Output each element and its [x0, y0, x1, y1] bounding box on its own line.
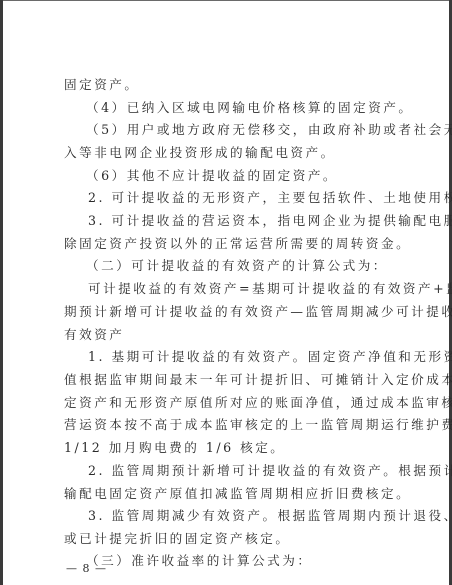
text-line: （4）已纳入区域电网输电价格核算的固定资产。: [86, 100, 413, 116]
text-line: 1/12 加月购电费的 1/6 核定。: [64, 440, 285, 456]
text-line: （6）其他不应计提收益的固定资产。: [86, 168, 338, 184]
text-line: 定资产和无形资产原值所对应的账面净值，通过成本监审核定；: [64, 395, 452, 411]
formula-line: 可计提收益的有效资产=基期可计提收益的有效资产+监管周: [88, 281, 452, 297]
text-line: 固定资产。: [64, 77, 139, 93]
text-line: 或已计提完折旧的固定资产核定。: [64, 531, 290, 547]
text-line: 2. 监管周期预计新增可计提收益的有效资产。根据预计新增: [88, 463, 452, 479]
text-line: 值根据监审期间最末一年可计提折旧、可摊销计入定价成本的固: [64, 372, 452, 388]
text-line: 入等非电网企业投资形成的输配电资产。: [64, 145, 336, 161]
text-line: 3. 可计提收益的营运资本，指电网企业为提供输配电服务，: [88, 213, 452, 229]
text-line: （5）用户或地方政府无偿移交，由政府补助或者社会无偿投: [86, 122, 452, 138]
text-line: 营运资本按不高于成本监审核定的上一监管周期运行维护费的: [64, 417, 452, 433]
text-line: 3. 监管周期减少有效资产。根据监管周期内预计退役、报废: [88, 508, 452, 524]
text-line: 输配电固定资产原值扣减监管周期相应折旧费核定。: [64, 486, 411, 502]
formula-line: 期预计新增可计提收益的有效资产—监管周期减少可计提收益的: [64, 304, 452, 320]
text-line: 1. 基期可计提收益的有效资产。固定资产净值和无形资产净: [88, 349, 452, 365]
formula-line: 有效资产: [64, 327, 124, 343]
text-line: 2. 可计提收益的无形资产，主要包括软件、土地使用权等。: [88, 190, 452, 206]
text-line: 除固定资产投资以外的正常运营所需要的周转资金。: [64, 236, 411, 252]
page-number: — 8 —: [66, 562, 107, 575]
section-heading: （二）可计提收益的有效资产的计算公式为：: [86, 258, 388, 274]
page-top-edge: [0, 0, 452, 1]
section-heading: （三）准许收益率的计算公式为：: [86, 553, 312, 569]
page-left-border: [0, 0, 3, 585]
